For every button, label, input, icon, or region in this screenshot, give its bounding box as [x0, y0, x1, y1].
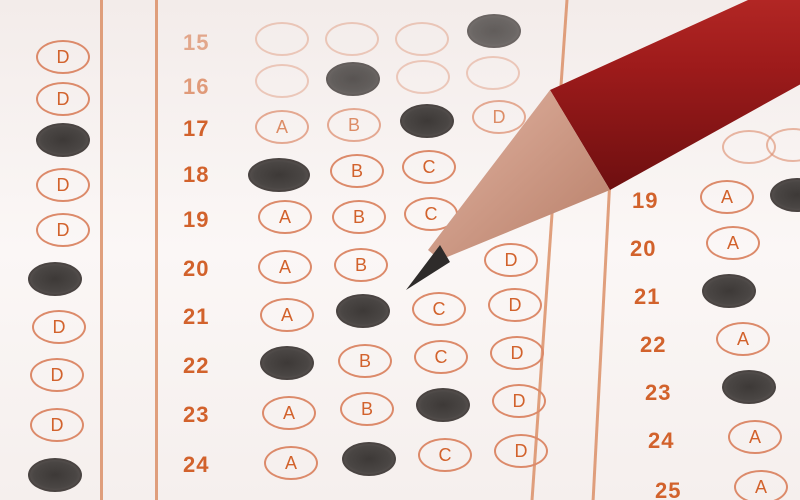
question-number: 20	[183, 256, 209, 282]
bubble-d: D	[494, 434, 548, 468]
question-number: 24	[183, 452, 209, 478]
question-number: 24	[648, 428, 674, 454]
bubble-faded	[255, 64, 309, 98]
bubble-b: B	[330, 154, 384, 188]
bubble-d: D	[30, 408, 84, 442]
bubble-d: D	[490, 336, 544, 370]
bubble-b: B	[338, 344, 392, 378]
question-number: 19	[183, 207, 209, 233]
bubble-a: A	[262, 396, 316, 430]
question-number: 25	[655, 478, 681, 500]
question-number: 17	[183, 116, 209, 142]
column-divider	[100, 0, 103, 500]
bubble-filled	[28, 458, 82, 492]
question-number: 15	[183, 30, 209, 56]
bubble-d: D	[36, 168, 90, 202]
question-number: 22	[183, 353, 209, 379]
bubble-a: A	[734, 470, 788, 500]
bubble-filled	[416, 388, 470, 422]
bubble-filled	[260, 346, 314, 380]
bubble-filled	[36, 123, 90, 157]
bubble-d: D	[492, 384, 546, 418]
question-number: 23	[183, 402, 209, 428]
question-number: 22	[640, 332, 666, 358]
bubble-b: B	[334, 248, 388, 282]
bubble-d: D	[32, 310, 86, 344]
question-number: 23	[645, 380, 671, 406]
bubble-faded	[255, 22, 309, 56]
bubble-a: A	[260, 298, 314, 332]
bubble-d: D	[36, 82, 90, 116]
bubble-b: B	[332, 200, 386, 234]
bubble-b: B	[327, 108, 381, 142]
question-number: 21	[183, 304, 209, 330]
bubble-filled	[336, 294, 390, 328]
question-number: 16	[183, 74, 209, 100]
question-number: 18	[183, 162, 209, 188]
bubble-a: A	[258, 250, 312, 284]
bubble-filled	[326, 62, 380, 96]
pencil-icon	[400, 0, 800, 300]
bubble-a: A	[716, 322, 770, 356]
bubble-d: D	[30, 358, 84, 392]
bubble-filled	[248, 158, 310, 192]
bubble-b: B	[340, 392, 394, 426]
bubble-a: A	[728, 420, 782, 454]
bubble-d: D	[36, 40, 90, 74]
column-divider	[155, 0, 158, 500]
bubble-d: D	[36, 213, 90, 247]
bubble-a: A	[255, 110, 309, 144]
bubble-c: C	[414, 340, 468, 374]
bubble-a: A	[258, 200, 312, 234]
bubble-filled	[342, 442, 396, 476]
bubble-a: A	[264, 446, 318, 480]
bubble-faded	[325, 22, 379, 56]
bubble-filled	[722, 370, 776, 404]
bubble-c: C	[418, 438, 472, 472]
bubble-filled	[28, 262, 82, 296]
